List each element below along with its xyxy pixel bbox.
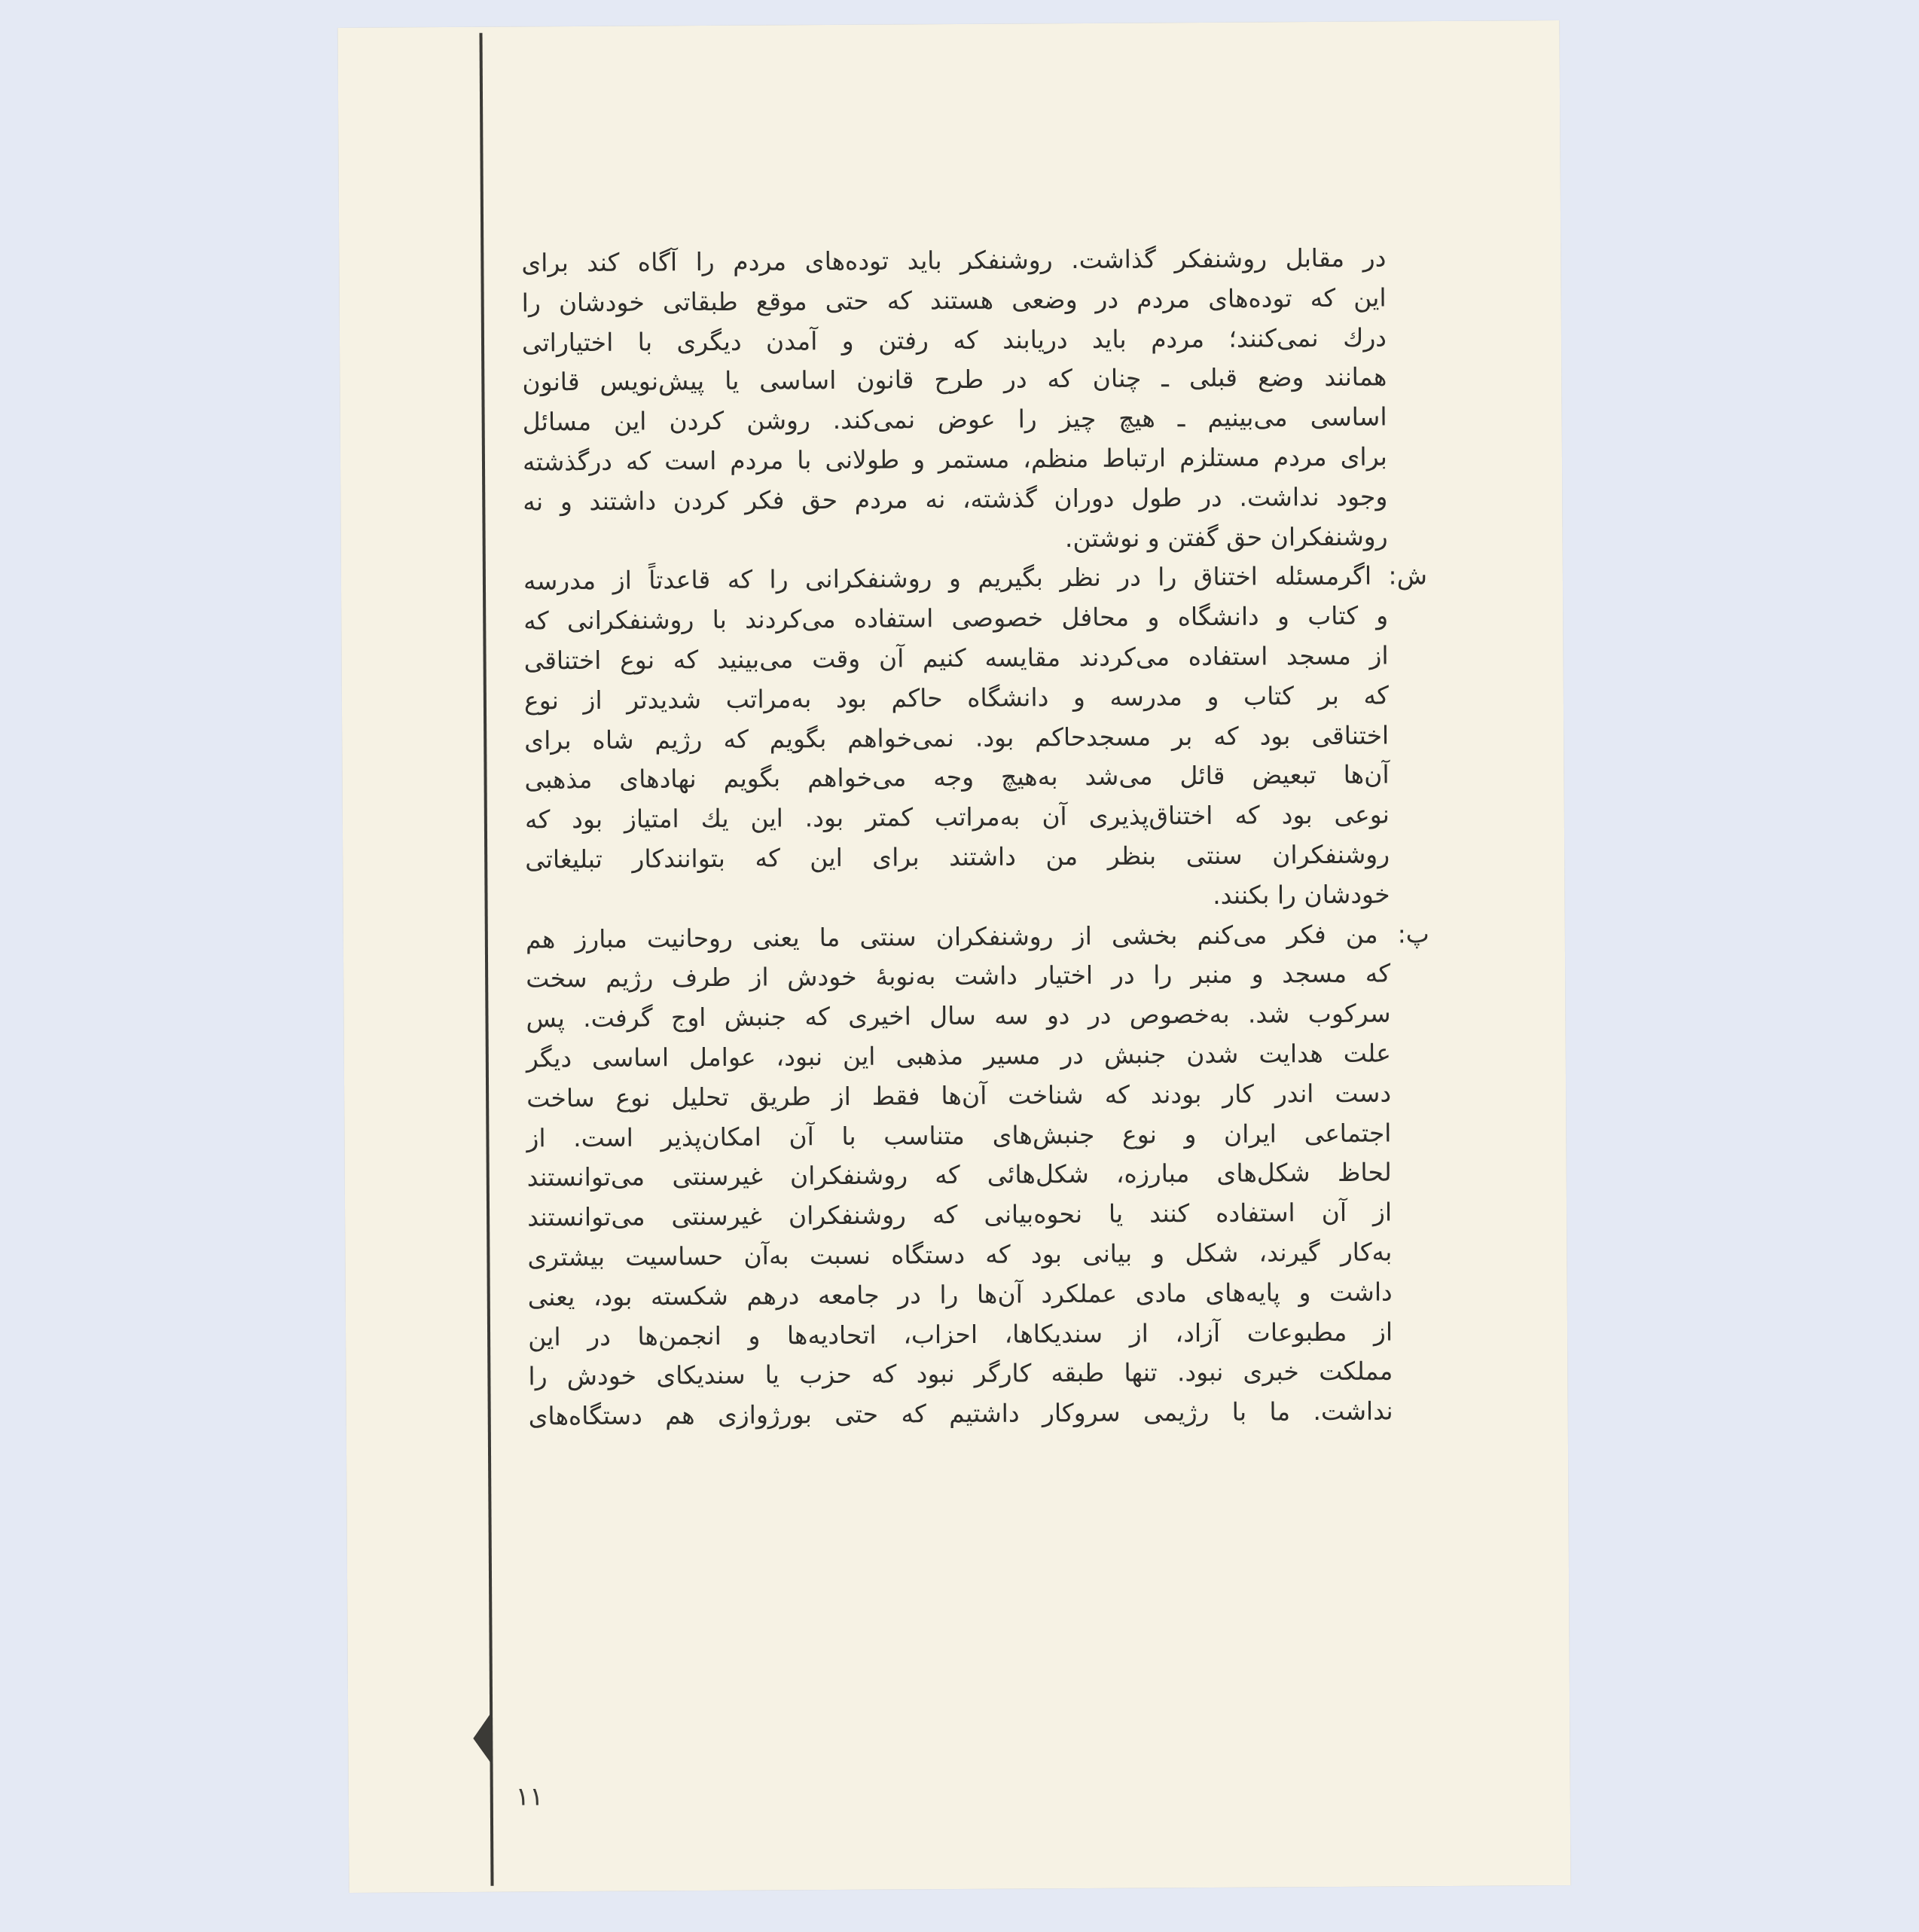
left-pointing-triangle-marker-icon [473, 1713, 491, 1764]
text-line: درك نمی‌کنند؛ مردم باید دریابند که رفتن … [522, 318, 1387, 363]
text-line: لحاظ شکل‌های مبارزه، شکل‌هائی که روشنفکر… [527, 1152, 1431, 1198]
text-line: از مطبوعات آزاد، از سندیکاها، احزاب، اتح… [528, 1312, 1432, 1357]
scanned-book-page: ۱۱ در مقابل روشنفکر گذاشت. روشنفکر باید … [337, 20, 1570, 1893]
vertical-margin-rule [479, 33, 493, 1886]
text-line: روشنفکران حق گفتن و نوشتن. [523, 517, 1387, 562]
text-line: اختناقی بود که بر مسجدحاکم بود. نمی‌خواه… [524, 716, 1428, 761]
text-line: که مسجد و منبر را در اختیار داشت به‌نوبه… [526, 954, 1429, 999]
speaker-label: پ: [1398, 919, 1429, 948]
text-line: سرکوب شد. به‌خصوص در دو سه سال اخیری که … [526, 993, 1429, 1039]
text-line: آن‌ها تبعیض قائل می‌شد به‌هیچ وجه می‌خوا… [524, 755, 1428, 801]
text-line: من فکر می‌کنم بخشی از روشنفکران سنتی ما … [526, 919, 1378, 954]
text-line: دست اندر کار بودند که شناخت آن‌ها فقط از… [526, 1073, 1430, 1119]
paragraph-intro: در مقابل روشنفکر گذاشت. روشنفکر باید تود… [521, 238, 1388, 561]
body-text: در مقابل روشنفکر گذاشت. روشنفکر باید تود… [521, 238, 1393, 1436]
text-line-first: پ: من فکر می‌کنم بخشی از روشنفکران سنتی … [526, 914, 1429, 960]
text-line: روشنفکران سنتی بنظر من داشتند برای این ک… [525, 835, 1429, 880]
paragraph-speaker-sh: ش: اگرمسئله اختناق را در نظر بگیریم و رو… [523, 557, 1429, 920]
text-line: همانند وضع قبلی ـ چنان که در طرح قانون ا… [522, 358, 1387, 403]
text-line: خودشان را بکنند. [525, 874, 1429, 920]
text-line: در مقابل روشنفکر گذاشت. روشنفکر باید تود… [521, 238, 1386, 283]
text-line: و کتاب و دانشگاه و محافل خصوصی استفاده م… [523, 596, 1427, 641]
text-line: اگرمسئله اختناق را در نظر بگیریم و روشنف… [523, 561, 1371, 596]
text-line: از مسجد استفاده می‌کردند مقایسه کنیم آن … [523, 636, 1427, 681]
text-line: علت هدایت شدن جنبش در مسیر مذهبی این نبو… [526, 1033, 1430, 1079]
text-line: که بر کتاب و مدرسه و دانشگاه حاکم بود به… [524, 676, 1428, 721]
text-line: این که توده‌های مردم در وضعی هستند که حت… [522, 278, 1387, 323]
text-line: برای مردم مستلزم ارتباط منظم، مستمر و طو… [523, 437, 1387, 482]
text-line: اساسی می‌بینیم ـ هیچ چیز را عوض نمی‌کند.… [522, 398, 1387, 443]
text-line: نوعی بود که اختناق‌پذیری آن به‌مراتب کمت… [525, 795, 1429, 840]
text-line: به‌کار گیرند، شکل و بیانی بود که دستگاه … [527, 1232, 1431, 1277]
page-number: ۱۱ [516, 1781, 544, 1811]
text-line: اجتماعی ایران و نوع جنبش‌های متناسب با آ… [526, 1113, 1430, 1158]
text-line: داشت و پایه‌های مادی عملکرد آن‌ها را در … [528, 1272, 1432, 1317]
text-line: از آن استفاده کنند یا نحوه‌بیانی که روشن… [527, 1192, 1431, 1238]
text-line: نداشت. ما با رژیمی سروکار داشتیم که حتی … [529, 1391, 1432, 1436]
text-line-first: ش: اگرمسئله اختناق را در نظر بگیریم و رو… [523, 557, 1427, 602]
text-line: مملکت خبری نبود. تنها طبقه کارگر نبود که… [528, 1351, 1432, 1396]
paragraph-speaker-p: پ: من فکر می‌کنم بخشی از روشنفکران سنتی … [526, 914, 1432, 1437]
text-line: وجود نداشت. در طول دوران گذشته، نه مردم … [523, 477, 1387, 522]
speaker-label: ش: [1388, 561, 1427, 591]
